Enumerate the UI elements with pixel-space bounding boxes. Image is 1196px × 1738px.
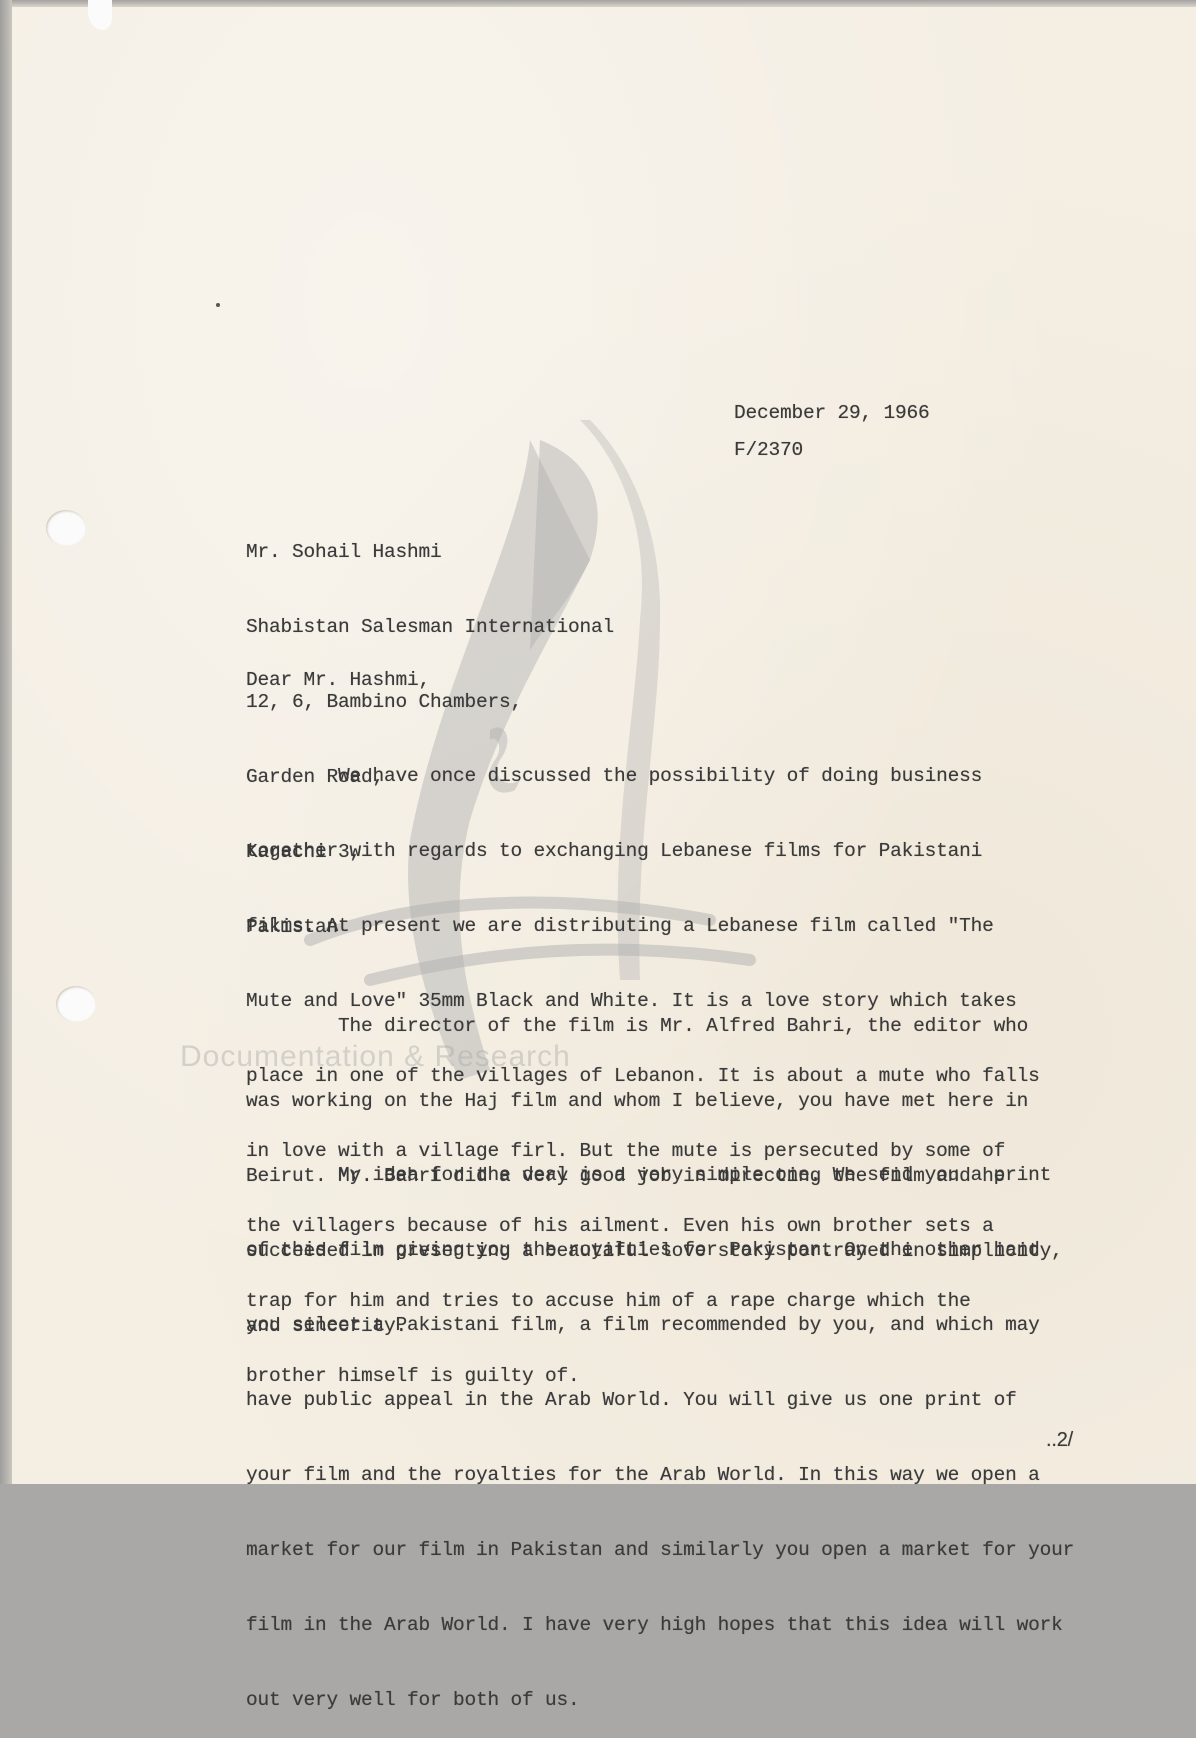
scan-top-edge [0,0,1196,7]
paragraph-line: you select a Pakistani film, a film reco… [246,1313,1074,1338]
letter-date: December 29, 1966 [734,401,930,426]
paragraph-line: of this film giving you the royalties fo… [246,1238,1074,1263]
address-line: Shabistan Salesman International [246,615,614,640]
punch-hole-top [46,510,86,546]
scan-left-edge [0,0,12,1484]
body-paragraph-3: My idea for the deal is a very simple on… [246,1113,1074,1484]
ink-speck [216,303,220,307]
address-line: Mr. Sohail Hashmi [246,540,614,565]
paragraph-line: together with regards to exchanging Leba… [246,839,1040,864]
salutation: Dear Mr. Hashmi, [246,668,430,693]
paragraph-line: The director of the film is Mr. Alfred B… [246,1014,1063,1039]
paragraph-line: My idea for the deal is a very simple on… [246,1163,1074,1188]
paragraph-line: We have once discussed the possibility o… [246,764,1040,789]
reference-number: F/2370 [734,438,803,463]
paragraph-line: have public appeal in the Arab World. Yo… [246,1388,1074,1413]
punch-hole-bottom [56,986,96,1022]
paragraph-line: was working on the Haj film and whom I b… [246,1089,1063,1114]
continuation-marker: ..2/ [1046,1428,1073,1453]
paragraph-line: your film and the royalties for the Arab… [246,1463,1074,1484]
address-line: 12, 6, Bambino Chambers, [246,690,614,715]
paragraph-line: films. At present we are distributing a … [246,914,1040,939]
